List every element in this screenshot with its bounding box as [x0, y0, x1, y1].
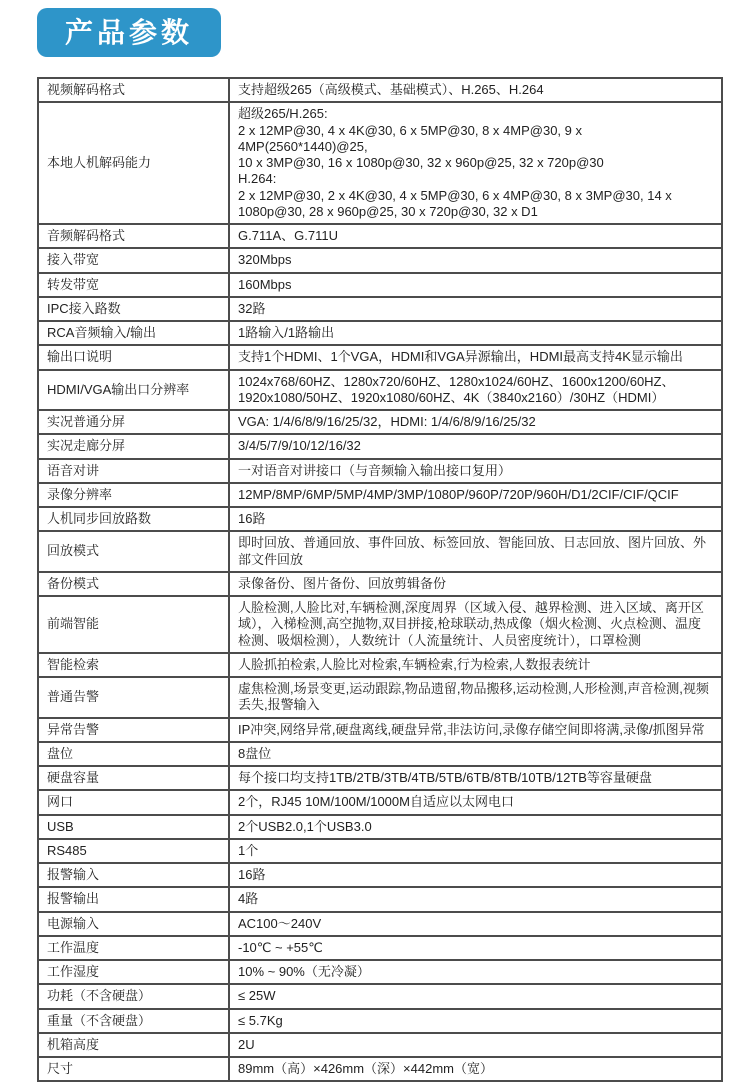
spec-label: RS485 — [38, 839, 229, 863]
spec-value: 1路输入/1路输出 — [229, 321, 722, 345]
table-row: 盘位8盘位 — [38, 742, 722, 766]
table-row: 音频解码格式G.711A、G.711U — [38, 224, 722, 248]
spec-label: HDMI/VGA输出口分辨率 — [38, 370, 229, 411]
spec-value: 即时回放、普通回放、事件回放、标签回放、智能回放、日志回放、图片回放、外部文件回… — [229, 531, 722, 572]
spec-label: 实况普通分屏 — [38, 410, 229, 434]
spec-label: 工作湿度 — [38, 960, 229, 984]
spec-label: 盘位 — [38, 742, 229, 766]
spec-value: 320Mbps — [229, 248, 722, 272]
table-row: 接入带宽320Mbps — [38, 248, 722, 272]
spec-value: 支持1个HDMI、1个VGA，HDMI和VGA异源输出，HDMI最高支持4K显示… — [229, 345, 722, 369]
spec-value: 人脸检测,人脸比对,车辆检测,深度周界（区域入侵、越界检测、进入区域、离开区域）… — [229, 596, 722, 653]
table-row: 功耗（不含硬盘）≤ 25W — [38, 984, 722, 1008]
spec-value: 10% ~ 90%（无冷凝） — [229, 960, 722, 984]
spec-label: 转发带宽 — [38, 273, 229, 297]
spec-value: 1024x768/60HZ、1280x720/60HZ、1280x1024/60… — [229, 370, 722, 411]
spec-label: 视频解码格式 — [38, 78, 229, 102]
table-row: 视频解码格式支持超级265（高级模式、基础模式）、H.265、H.264 — [38, 78, 722, 102]
table-row: 尺寸89mm（高）×426mm（深）×442mm（宽） — [38, 1057, 722, 1081]
spec-value: 4路 — [229, 887, 722, 911]
spec-value: AC100～240V — [229, 912, 722, 936]
spec-value: VGA: 1/4/6/8/9/16/25/32，HDMI: 1/4/6/8/9/… — [229, 410, 722, 434]
spec-value: 2U — [229, 1033, 722, 1057]
spec-value: ≤ 5.7Kg — [229, 1009, 722, 1033]
spec-value: 2个USB2.0,1个USB3.0 — [229, 815, 722, 839]
spec-value: 人脸抓拍检索,人脸比对检索,车辆检索,行为检索,人数报表统计 — [229, 653, 722, 677]
spec-label: 人机同步回放路数 — [38, 507, 229, 531]
table-row: 备份模式录像备份、图片备份、回放剪辑备份 — [38, 572, 722, 596]
table-row: IPC接入路数32路 — [38, 297, 722, 321]
spec-label: 实况走廊分屏 — [38, 434, 229, 458]
table-row: 重量（不含硬盘）≤ 5.7Kg — [38, 1009, 722, 1033]
table-row: RCA音频输入/输出1路输入/1路输出 — [38, 321, 722, 345]
table-row: 异常告警IP冲突,网络异常,硬盘离线,硬盘异常,非法访问,录像存储空间即将满,录… — [38, 718, 722, 742]
table-row: 录像分辨率12MP/8MP/6MP/5MP/4MP/3MP/1080P/960P… — [38, 483, 722, 507]
spec-value: 3/4/5/7/9/10/12/16/32 — [229, 434, 722, 458]
table-row: 回放模式即时回放、普通回放、事件回放、标签回放、智能回放、日志回放、图片回放、外… — [38, 531, 722, 572]
table-row: HDMI/VGA输出口分辨率1024x768/60HZ、1280x720/60H… — [38, 370, 722, 411]
table-row: 工作湿度10% ~ 90%（无冷凝） — [38, 960, 722, 984]
spec-label: 输出口说明 — [38, 345, 229, 369]
spec-value: 8盘位 — [229, 742, 722, 766]
spec-label: 硬盘容量 — [38, 766, 229, 790]
spec-label: 智能检索 — [38, 653, 229, 677]
table-row: 前端智能人脸检测,人脸比对,车辆检测,深度周界（区域入侵、越界检测、进入区域、离… — [38, 596, 722, 653]
spec-value: 1个 — [229, 839, 722, 863]
spec-value: 超级265/H.265: 2 x 12MP@30, 4 x 4K@30, 6 x… — [229, 102, 722, 224]
spec-value: 89mm（高）×426mm（深）×442mm（宽） — [229, 1057, 722, 1081]
spec-value: -10℃ ~ +55℃ — [229, 936, 722, 960]
spec-label: 接入带宽 — [38, 248, 229, 272]
table-row: 本地人机解码能力超级265/H.265: 2 x 12MP@30, 4 x 4K… — [38, 102, 722, 224]
table-row: 电源输入AC100～240V — [38, 912, 722, 936]
spec-value: 32路 — [229, 297, 722, 321]
spec-value: 160Mbps — [229, 273, 722, 297]
spec-label: 功耗（不含硬盘） — [38, 984, 229, 1008]
spec-label: 工作温度 — [38, 936, 229, 960]
spec-value: 支持超级265（高级模式、基础模式）、H.265、H.264 — [229, 78, 722, 102]
spec-value: 16路 — [229, 507, 722, 531]
table-row: RS4851个 — [38, 839, 722, 863]
spec-sheet-page: 产品参数 视频解码格式支持超级265（高级模式、基础模式）、H.265、H.26… — [0, 0, 750, 1082]
spec-label: 回放模式 — [38, 531, 229, 572]
table-row: 实况普通分屏VGA: 1/4/6/8/9/16/25/32，HDMI: 1/4/… — [38, 410, 722, 434]
spec-label: 重量（不含硬盘） — [38, 1009, 229, 1033]
table-row: 输出口说明支持1个HDMI、1个VGA，HDMI和VGA异源输出，HDMI最高支… — [38, 345, 722, 369]
spec-table: 视频解码格式支持超级265（高级模式、基础模式）、H.265、H.264 本地人… — [37, 77, 723, 1082]
table-row: 智能检索人脸抓拍检索,人脸比对检索,车辆检索,行为检索,人数报表统计 — [38, 653, 722, 677]
table-row: 实况走廊分屏3/4/5/7/9/10/12/16/32 — [38, 434, 722, 458]
spec-label: 语音对讲 — [38, 459, 229, 483]
spec-label: 音频解码格式 — [38, 224, 229, 248]
page-title: 产品参数 — [37, 8, 221, 57]
table-row: 网口2个，RJ45 10M/100M/1000M自适应以太网电口 — [38, 790, 722, 814]
spec-value: G.711A、G.711U — [229, 224, 722, 248]
spec-value: 虚焦检测,场景变更,运动跟踪,物品遗留,物品搬移,运动检测,人形检测,声音检测,… — [229, 677, 722, 718]
table-row: 硬盘容量每个接口均支持1TB/2TB/3TB/4TB/5TB/6TB/8TB/1… — [38, 766, 722, 790]
spec-label: 报警输出 — [38, 887, 229, 911]
spec-label: 电源输入 — [38, 912, 229, 936]
spec-label: 报警输入 — [38, 863, 229, 887]
spec-label: USB — [38, 815, 229, 839]
spec-label: IPC接入路数 — [38, 297, 229, 321]
spec-label: 网口 — [38, 790, 229, 814]
table-row: 人机同步回放路数16路 — [38, 507, 722, 531]
table-row: 普通告警虚焦检测,场景变更,运动跟踪,物品遗留,物品搬移,运动检测,人形检测,声… — [38, 677, 722, 718]
table-row: 报警输入16路 — [38, 863, 722, 887]
spec-label: RCA音频输入/输出 — [38, 321, 229, 345]
spec-value: 录像备份、图片备份、回放剪辑备份 — [229, 572, 722, 596]
spec-label: 尺寸 — [38, 1057, 229, 1081]
spec-value: 12MP/8MP/6MP/5MP/4MP/3MP/1080P/960P/720P… — [229, 483, 722, 507]
table-row: 语音对讲一对语音对讲接口（与音频输入输出接口复用） — [38, 459, 722, 483]
spec-value: 每个接口均支持1TB/2TB/3TB/4TB/5TB/6TB/8TB/10TB/… — [229, 766, 722, 790]
table-row: 工作温度-10℃ ~ +55℃ — [38, 936, 722, 960]
table-row: USB2个USB2.0,1个USB3.0 — [38, 815, 722, 839]
spec-label: 机箱高度 — [38, 1033, 229, 1057]
spec-value: 16路 — [229, 863, 722, 887]
spec-value: IP冲突,网络异常,硬盘离线,硬盘异常,非法访问,录像存储空间即将满,录像/抓图… — [229, 718, 722, 742]
spec-value: 一对语音对讲接口（与音频输入输出接口复用） — [229, 459, 722, 483]
spec-label: 前端智能 — [38, 596, 229, 653]
spec-label: 备份模式 — [38, 572, 229, 596]
spec-label: 普通告警 — [38, 677, 229, 718]
spec-label: 本地人机解码能力 — [38, 102, 229, 224]
spec-label: 异常告警 — [38, 718, 229, 742]
spec-label: 录像分辨率 — [38, 483, 229, 507]
spec-value: ≤ 25W — [229, 984, 722, 1008]
table-row: 机箱高度2U — [38, 1033, 722, 1057]
spec-value: 2个，RJ45 10M/100M/1000M自适应以太网电口 — [229, 790, 722, 814]
table-row: 转发带宽160Mbps — [38, 273, 722, 297]
table-row: 报警输出4路 — [38, 887, 722, 911]
